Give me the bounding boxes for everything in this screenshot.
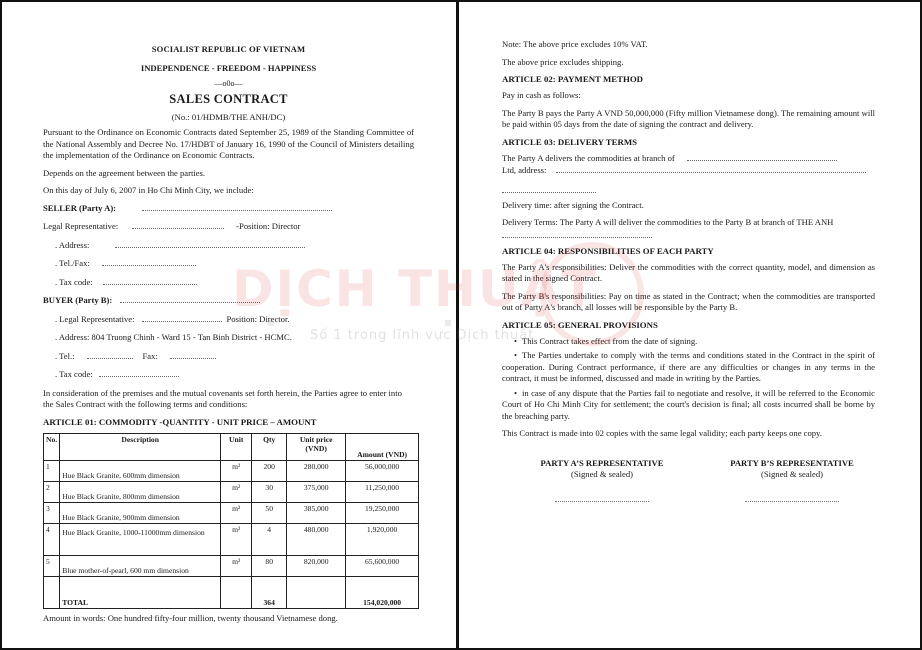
cell-amount: 56,000,000 — [346, 460, 419, 481]
col-unit: Unit — [221, 433, 252, 460]
cell-qty: 4 — [252, 523, 287, 555]
cell-description: Hue Black Granite, 900mm dimension — [60, 502, 221, 523]
seller-legal-rep-label: Legal Representative: — [43, 221, 118, 233]
note-vat: Note: The above price excludes 10% VAT. — [502, 39, 875, 51]
cell-unit: m² — [221, 523, 252, 555]
seller-telfax-row: . Tel./Fax: — [43, 258, 414, 270]
buyer-tax-label: . Tax code: — [55, 369, 93, 381]
cell-unit-price: 385,000 — [287, 502, 346, 523]
col-unit-price: Unit price (VND) — [287, 433, 346, 460]
cell-description: Hue Black Granite, 800mm dimension — [60, 481, 221, 502]
party-a-signature: PARTY A’S REPRESENTATIVE (Signed & seale… — [527, 458, 677, 502]
party-a-responsibilities: The Party A's responsibilities: Deliver … — [502, 262, 875, 285]
cell-no: 3 — [44, 502, 60, 523]
seller-address-row: . Address: — [43, 240, 414, 252]
signature-block: PARTY A’S REPRESENTATIVE (Signed & seale… — [502, 458, 875, 502]
col-amount: Amount (VND) — [346, 433, 419, 460]
buyer-fax-blank — [170, 351, 216, 359]
buyer-name-blank — [120, 295, 260, 303]
consideration-text: In consideration of the premises and the… — [43, 388, 414, 411]
ornament: —o0o— — [43, 79, 414, 88]
cell-unit: m² — [221, 460, 252, 481]
col-no: No. — [44, 433, 60, 460]
party-b-responsibilities: The Party B's responsibilities: Pay on t… — [502, 291, 875, 314]
ltd-address-blank — [556, 165, 866, 173]
amount-in-words: Amount in words: One hundred fifty-four … — [43, 613, 414, 625]
cell-unit: m² — [221, 481, 252, 502]
party-a-signature-line — [555, 500, 649, 502]
cell-unit-price: 280,000 — [287, 460, 346, 481]
cell-no: 5 — [44, 555, 60, 576]
preamble: Pursuant to the Ordinance on Economic Co… — [43, 127, 414, 162]
seller-telfax-blank — [102, 258, 196, 266]
delivery-terms: Delivery Terms: The Party A will deliver… — [502, 217, 875, 229]
seller-legal-rep-blank — [132, 221, 224, 229]
cell-unit: m² — [221, 502, 252, 523]
cell-amount: 19,250,000 — [346, 502, 419, 523]
buyer-tel-blank — [87, 351, 133, 359]
buyer-legal-rep-label: . Legal Representative: — [55, 314, 134, 326]
motto-header: INDEPENDENCE - FREEDOM - HAPPINESS — [43, 63, 414, 73]
cell-unit-price: 820,000 — [287, 555, 346, 576]
cell-qty: 50 — [252, 502, 287, 523]
seller-heading: SELLER (Party A): — [43, 203, 116, 215]
total-label: TOTAL — [60, 576, 221, 608]
delivery-time: Delivery time: after signing the Contrac… — [502, 200, 875, 212]
table-row: 2Hue Black Granite, 800mm dimensionm²303… — [44, 481, 419, 502]
seller-heading-row: SELLER (Party A): — [43, 203, 414, 215]
seller-name-blank — [142, 203, 332, 211]
cell-unit — [221, 576, 252, 608]
seller-position: -Position: Director — [236, 221, 300, 233]
pay-cash-text: Pay in cash as follows: — [502, 90, 875, 102]
document-title: SALES CONTRACT — [43, 92, 414, 107]
buyer-address-row: . Address: 804 Truong Chinh - Ward 15 - … — [43, 332, 414, 344]
cell-amount: 11,250,000 — [346, 481, 419, 502]
table-row: 3Hue Black Granite, 900mm dimensionm²503… — [44, 502, 419, 523]
note-shipping: The above price excludes shipping. — [502, 57, 875, 69]
party-a-signature-title: PARTY A’S REPRESENTATIVE — [527, 458, 677, 468]
table-row: 5Blue mother-of-pearl, 600 mm dimensionm… — [44, 555, 419, 576]
depends-text: Depends on the agreement between the par… — [43, 168, 414, 180]
article-03-heading: ARTICLE 03: DELIVERY TERMS — [502, 137, 875, 147]
article-02-heading: ARTICLE 02: PAYMENT METHOD — [502, 74, 875, 84]
buyer-address: . Address: 804 Truong Chinh - Ward 15 - … — [55, 332, 292, 344]
cell-description: Hue Black Granite, 600mm dimension — [60, 460, 221, 481]
buyer-heading-row: BUYER (Party B): — [43, 295, 414, 307]
seller-legal-rep-row: Legal Representative: -Position: Directo… — [43, 221, 414, 233]
cell-no — [44, 576, 60, 608]
buyer-telfax-row: . Tel.: Fax: — [43, 351, 414, 363]
buyer-tax-blank — [99, 369, 179, 377]
seller-tax-label: . Tax code: — [55, 277, 93, 289]
total-amount: 154,020,000 — [346, 576, 419, 608]
date-place-text: On this day of July 6, 2007 in Ho Chi Mi… — [43, 185, 414, 197]
copies-text: This Contract is made into 02 copies wit… — [502, 428, 875, 440]
buyer-position: Position: Director. — [226, 314, 289, 326]
cell-amount: 1,920,000 — [346, 523, 419, 555]
seller-tax-row: . Tax code: — [43, 277, 414, 289]
provision-item: The Parties undertake to comply with the… — [502, 350, 875, 385]
col-qty: Qty — [252, 433, 287, 460]
payment-terms: The Party B pays the Party A VND 50,000,… — [502, 108, 875, 131]
article-05-heading: ARTICLE 05: GENERAL PROVISIONS — [502, 320, 875, 330]
cell-unit-price — [287, 576, 346, 608]
cell-no: 2 — [44, 481, 60, 502]
col-description: Description — [60, 433, 221, 460]
table-row: 4Hue Black Granite, 1000-11000mm dimensi… — [44, 523, 419, 555]
commodity-table: No. Description Unit Qty Unit price (VND… — [43, 433, 419, 609]
total-qty: 364 — [252, 576, 287, 608]
buyer-tax-row: . Tax code: — [43, 369, 414, 381]
contract-number: (No.: 01/HDMB/THE ANH/DC) — [43, 112, 414, 122]
delivery-branch-blank — [687, 153, 837, 161]
cell-unit-price: 375,000 — [287, 481, 346, 502]
buyer-legal-rep-blank — [142, 314, 222, 322]
party-b-signature-line — [745, 500, 839, 502]
seller-address-blank — [115, 240, 305, 248]
buyer-tel-label: . Tel.: — [55, 351, 75, 363]
table-header-row: No. Description Unit Qty Unit price (VND… — [44, 433, 419, 460]
page-left: SOCIALIST REPUBLIC OF VIETNAM INDEPENDEN… — [2, 0, 456, 650]
cell-amount: 65,600,000 — [346, 555, 419, 576]
article-04-heading: ARTICLE 04: RESPONSIBILITIES OF EACH PAR… — [502, 246, 875, 256]
address-continuation-row — [502, 185, 875, 193]
page-right: Note: The above price excludes 10% VAT. … — [459, 0, 918, 650]
party-a-signature-subtitle: (Signed & sealed) — [527, 469, 677, 479]
cell-qty: 200 — [252, 460, 287, 481]
provision-item: This Contract takes effect from the date… — [502, 336, 875, 348]
delivery-terms-blank — [502, 230, 652, 238]
cell-unit: m² — [221, 555, 252, 576]
provision-item: in case of any dispute that the Parties … — [502, 388, 875, 423]
table-row: 1Hue Black Granite, 600mm dimensionm²200… — [44, 460, 419, 481]
cell-description: Hue Black Granite, 1000-11000mm dimensio… — [60, 523, 221, 555]
party-b-signature: PARTY B’S REPRESENTATIVE (Signed & seale… — [717, 458, 867, 502]
seller-telfax-label: . Tel./Fax: — [55, 258, 90, 270]
cell-qty: 80 — [252, 555, 287, 576]
ltd-address-row: Ltd, address: — [502, 165, 875, 177]
seller-address-label: . Address: — [55, 240, 89, 252]
cell-no: 4 — [44, 523, 60, 555]
seller-tax-blank — [103, 277, 197, 285]
cell-no: 1 — [44, 460, 60, 481]
party-b-signature-title: PARTY B’S REPRESENTATIVE — [717, 458, 867, 468]
delivery-branch-text: The Party A delivers the commodities at … — [502, 153, 675, 165]
ltd-address-label: Ltd, address: — [502, 165, 546, 177]
delivery-terms-blank-row — [502, 230, 875, 238]
buyer-legal-rep-row: . Legal Representative: Position: Direct… — [43, 314, 414, 326]
party-b-signature-subtitle: (Signed & sealed) — [717, 469, 867, 479]
cell-description: Blue mother-of-pearl, 600 mm dimension — [60, 555, 221, 576]
delivery-branch-row: The Party A delivers the commodities at … — [502, 153, 875, 165]
country-header: SOCIALIST REPUBLIC OF VIETNAM — [43, 44, 414, 54]
article-01-heading: ARTICLE 01: COMMODITY -QUANTITY - UNIT P… — [43, 417, 414, 427]
table-total-row: TOTAL364154,020,000 — [44, 576, 419, 608]
address-continuation-blank — [502, 185, 596, 193]
buyer-heading: BUYER (Party B): — [43, 295, 112, 307]
buyer-fax-label: Fax: — [143, 351, 158, 363]
cell-qty: 30 — [252, 481, 287, 502]
cell-unit-price: 480,000 — [287, 523, 346, 555]
